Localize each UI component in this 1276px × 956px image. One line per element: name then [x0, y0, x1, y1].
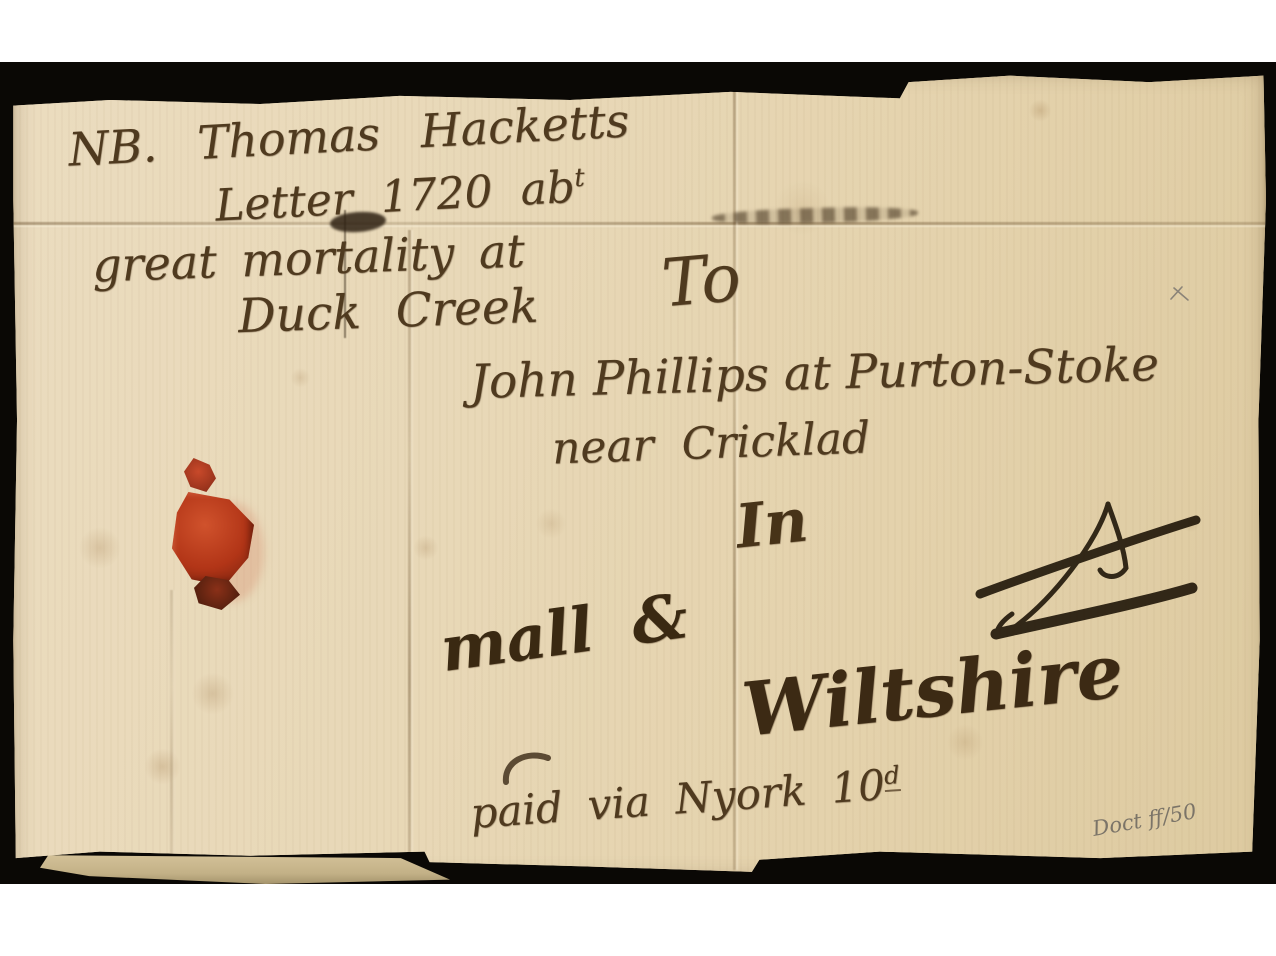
address-recipient-text: John Phillips at Purton-Stoke: [469, 337, 1159, 410]
annotation-line-2: Letter 1720 abt: [214, 165, 586, 228]
photo-mount: NB. Thomas Hacketts Letter 1720 abt grea…: [0, 62, 1276, 884]
address-salutation-text: To: [659, 239, 744, 323]
address-county-text: Wiltshire: [739, 628, 1128, 753]
address-in-word: In: [733, 490, 811, 557]
address-locality: near Cricklad: [551, 416, 871, 471]
wax-seal: [168, 454, 268, 614]
rate-mark-5: [958, 492, 1208, 642]
letter-paper: NB. Thomas Hacketts Letter 1720 abt grea…: [12, 70, 1266, 880]
crescent-mark: [498, 748, 558, 786]
fold-line-vertical-center: [733, 88, 736, 870]
address-county: Wiltshire: [739, 634, 1127, 748]
pencil-note: Doct ff/50: [1091, 801, 1198, 840]
pencil-note-text: Doct ff/50: [1091, 799, 1199, 841]
address-locality-text: near Cricklad: [551, 412, 871, 474]
fold-line-vertical-faint: [170, 590, 173, 868]
annotation-line-4-text: Duck Creek: [237, 279, 539, 344]
address-flourish-word: mall &: [437, 585, 692, 681]
pencil-squiggle-icon: [1168, 284, 1192, 304]
letter-photo: NB. Thomas Hacketts Letter 1720 abt grea…: [0, 0, 1276, 956]
address-recipient: John Phillips at Purton-Stoke: [470, 341, 1160, 406]
annotation-line-3: great mortality at: [91, 227, 525, 288]
address-flourish-word-text: mall &: [436, 579, 692, 686]
wax-seal-fleck: [184, 458, 216, 492]
annotation-line-4: Duck Creek: [237, 283, 539, 340]
annotation-line-2-superscript: t: [574, 163, 586, 193]
address-salutation: To: [659, 245, 743, 318]
paid-docket-superscript: d: [883, 760, 901, 792]
address-in-word-text: In: [733, 485, 812, 562]
fold-line-horizontal: [12, 222, 1266, 225]
annotation-line-1: NB. Thomas Hacketts: [67, 97, 630, 172]
